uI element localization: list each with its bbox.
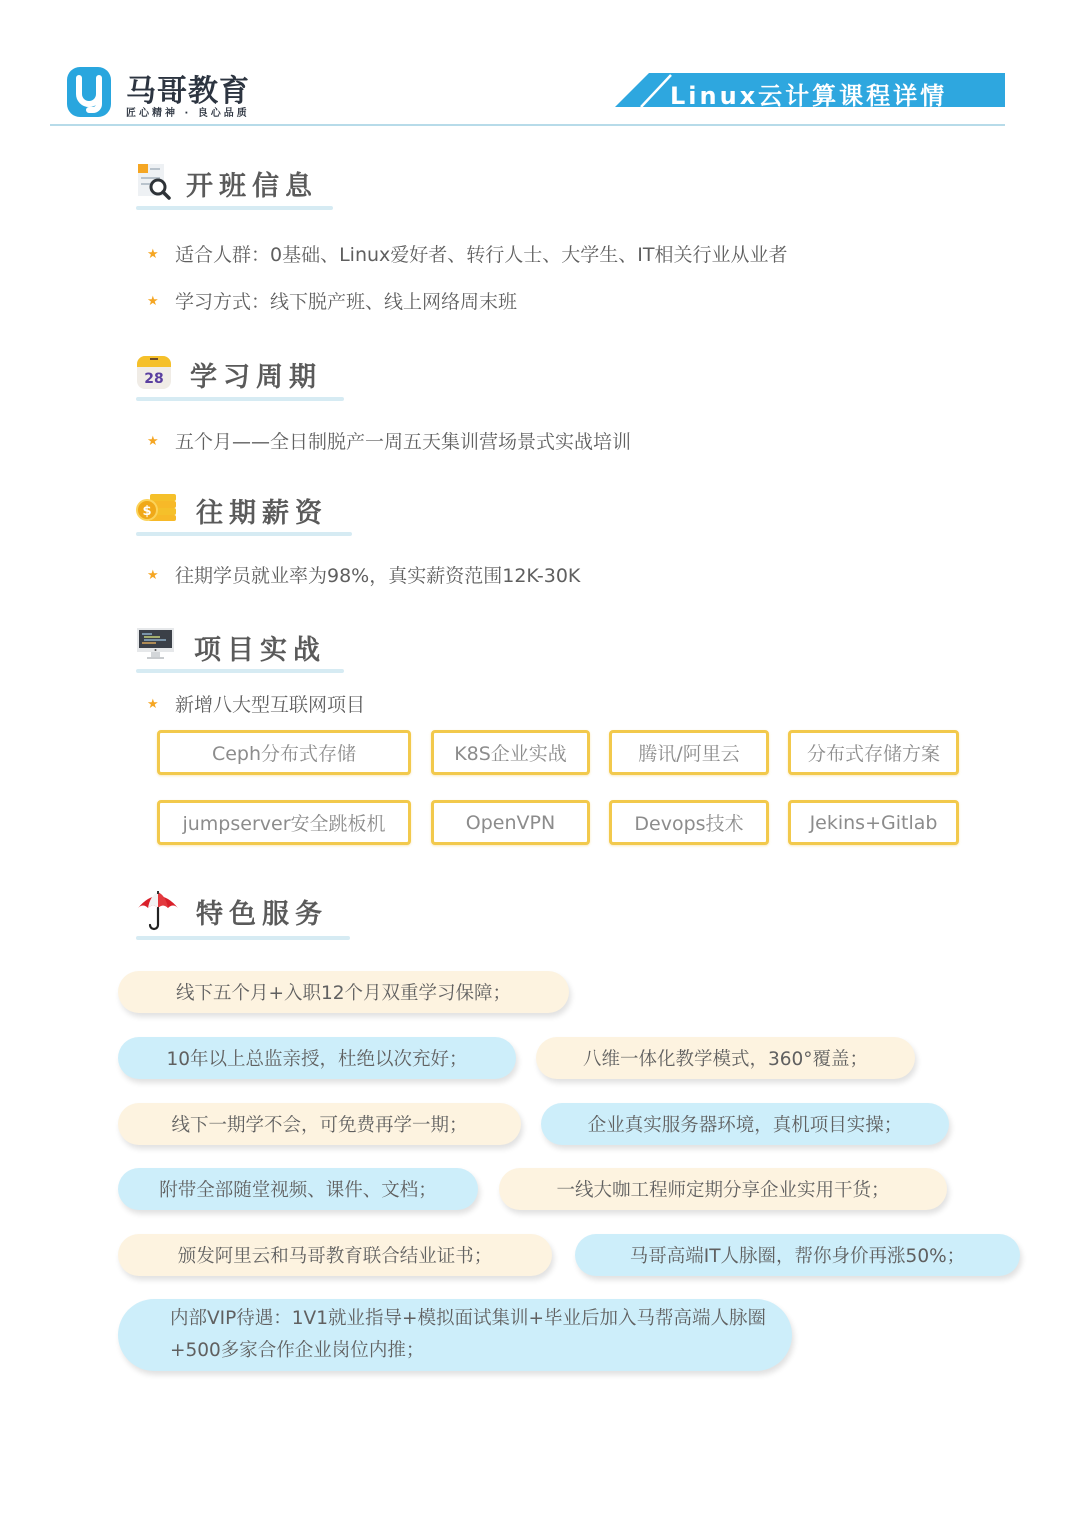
section-title: 学习周期 [190,355,322,394]
service-pill: 附带全部随堂视频、课件、文档； [118,1168,478,1210]
project-chip: OpenVPN [431,800,590,845]
bullet-item: ★学习方式：线下脱产班、线上网络周末班 [147,287,517,314]
page-header: 马哥教育 匠心精神 · 良心品质 Linux云计算课程详情 [50,60,1005,130]
mage-logo-icon [64,64,114,122]
section-underline [136,669,344,673]
coins-icon: $ [136,489,176,529]
section-title: 特色服务 [196,892,328,931]
project-chip: Ceph分布式存储 [157,730,411,775]
service-pill: 八维一体化教学模式，360°覆盖； [536,1037,915,1079]
section-projects: 项目实战 [136,626,346,686]
project-chip: Devops技术 [609,800,769,845]
section-title: 开班信息 [186,164,318,203]
project-chip: K8S企业实战 [431,730,590,775]
service-pill: 颁发阿里云和马哥教育联合结业证书； [118,1234,552,1276]
brand-slogan: 匠心精神 · 良心品质 [126,104,250,119]
svg-text:$: $ [142,504,151,519]
section-services: 特色服务 [136,890,356,950]
project-chip: 腾讯/阿里云 [609,730,769,775]
project-chip: jumpserver安全跳板机 [157,800,411,845]
header-divider [50,124,1005,126]
star-icon: ★ [147,697,175,712]
service-pill: 线下五个月+入职12个月双重学习保障； [118,971,569,1013]
umbrella-icon [136,890,176,930]
section-study-period: 28 学习周期 [136,353,346,413]
section-underline [136,936,350,940]
section-class-info: 开班信息 [136,162,336,222]
service-pill: 一线大咖工程师定期分享企业实用干货； [499,1168,947,1210]
service-pill: 马哥高端IT人脉圈，帮你身价再涨50%； [575,1234,1020,1276]
star-icon: ★ [147,247,175,262]
section-underline [136,397,344,401]
bullet-item: ★往期学员就业率为98%，真实薪资范围12K-30K [147,561,580,588]
service-pill: 线下一期学不会，可免费再学一期； [118,1103,521,1145]
section-underline [136,206,333,210]
project-chip: Jekins+Gitlab [788,800,959,845]
section-underline [136,532,352,536]
section-title: 往期薪资 [196,491,328,530]
course-title-banner: Linux云计算课程详情 [615,73,1005,107]
project-chip: 分布式存储方案 [788,730,959,775]
service-pill: 企业真实服务器环境，真机项目实操； [541,1103,949,1145]
calendar-icon: 28 [136,353,176,393]
star-icon: ★ [147,568,175,583]
section-title: 项目实战 [194,628,326,667]
service-pill: 10年以上总监亲授，杜绝以次充好； [118,1037,516,1079]
service-pill: 内部VIP待遇：1V1就业指导+模拟面试集训+毕业后加入马帮高端人脉圈+500多… [118,1299,792,1371]
bullet-item: ★新增八大型互联网项目 [147,690,365,717]
document-search-icon [136,162,176,202]
star-icon: ★ [147,294,175,309]
bullet-item: ★适合人群：0基础、Linux爱好者、转行人士、大学生、IT相关行业从业者 [147,240,788,267]
bullet-item: ★五个月——全日制脱产一周五天集训营场景式实战培训 [147,427,631,454]
star-icon: ★ [147,434,175,449]
monitor-code-icon [136,626,176,666]
section-past-salary: $ 往期薪资 [136,489,356,549]
svg-text:28: 28 [144,371,163,387]
course-title: Linux云计算课程详情 [670,76,947,111]
